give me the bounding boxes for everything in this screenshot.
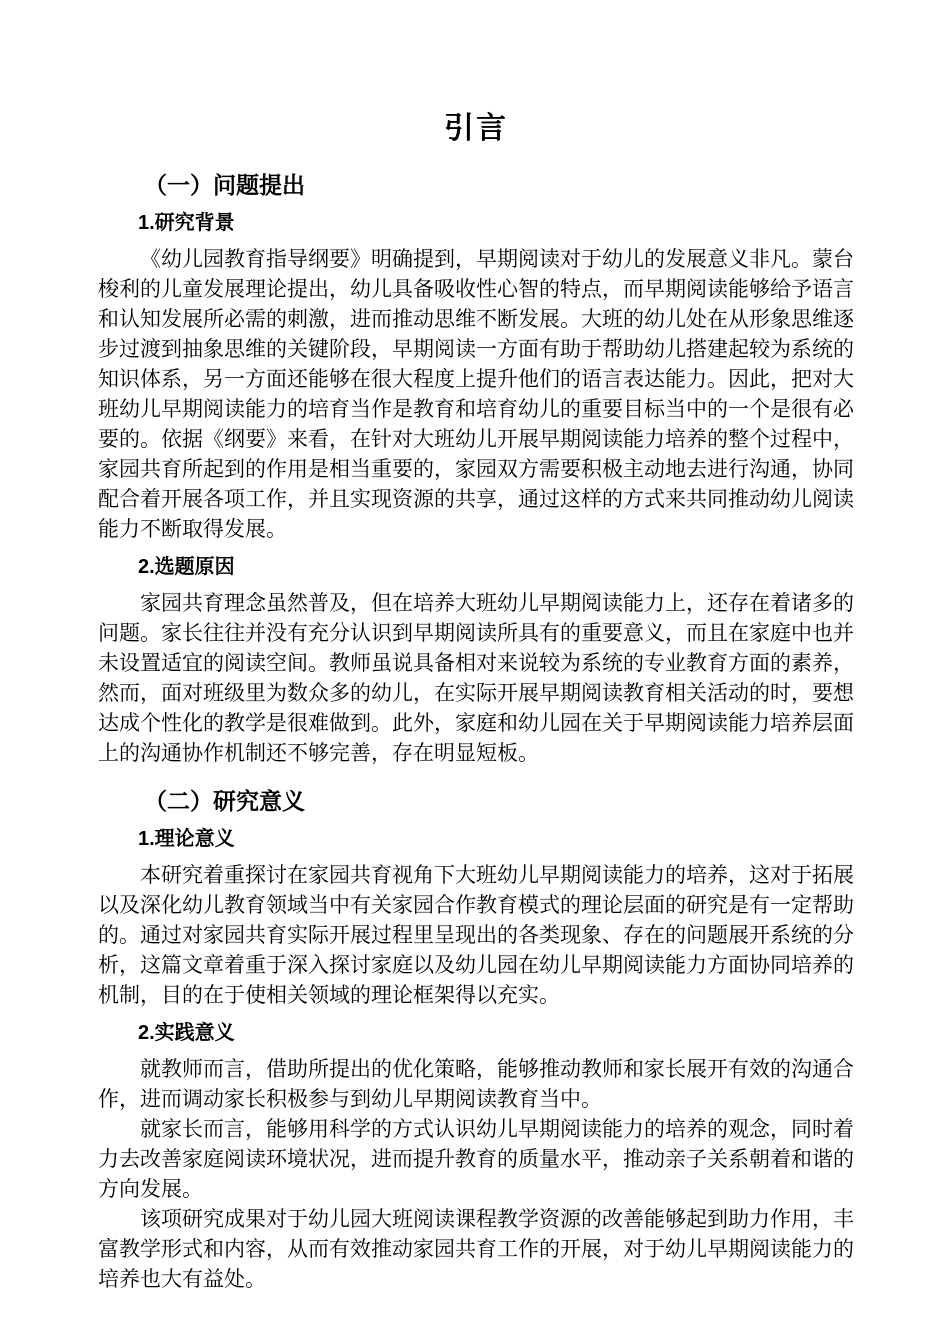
section-heading-problem-statement: （一）问题提出 [98, 170, 854, 200]
paragraph-topic-selection-reason: 家园共育理念虽然普及，但在培养大班幼儿早期阅读能力上，还存在着诸多的问题。家长往… [98, 588, 854, 768]
page-title: 引言 [98, 112, 854, 146]
paragraph-practical-significance-parents: 就家长而言，能够用科学的方式认识幼儿早期阅读能力的培养的观念，同时着力去改善家庭… [98, 1114, 854, 1204]
paragraph-practical-significance-research-results: 该项研究成果对于幼儿园大班阅读课程教学资源的改善能够起到助力作用，丰富教学形式和… [98, 1204, 854, 1294]
subsection-heading-practical-significance: 2.实践意义 [98, 1018, 854, 1048]
document-page: 引言 （一）问题提出 1.研究背景 《幼儿园教育指导纲要》明确提到，早期阅读对于… [0, 0, 950, 1344]
subsection-heading-theoretical-significance: 1.理论意义 [98, 824, 854, 854]
section-heading-research-significance: （二）研究意义 [98, 786, 854, 816]
paragraph-research-background: 《幼儿园教育指导纲要》明确提到，早期阅读对于幼儿的发展意义非凡。蒙台梭利的儿童发… [98, 244, 854, 544]
subsection-heading-topic-selection-reason: 2.选题原因 [98, 552, 854, 582]
paragraph-practical-significance-teachers: 就教师而言，借助所提出的优化策略，能够推动教师和家长展开有效的沟通合作，进而调动… [98, 1054, 854, 1114]
paragraph-theoretical-significance: 本研究着重探讨在家园共育视角下大班幼儿早期阅读能力的培养，这对于拓展以及深化幼儿… [98, 860, 854, 1010]
subsection-heading-research-background: 1.研究背景 [98, 208, 854, 238]
